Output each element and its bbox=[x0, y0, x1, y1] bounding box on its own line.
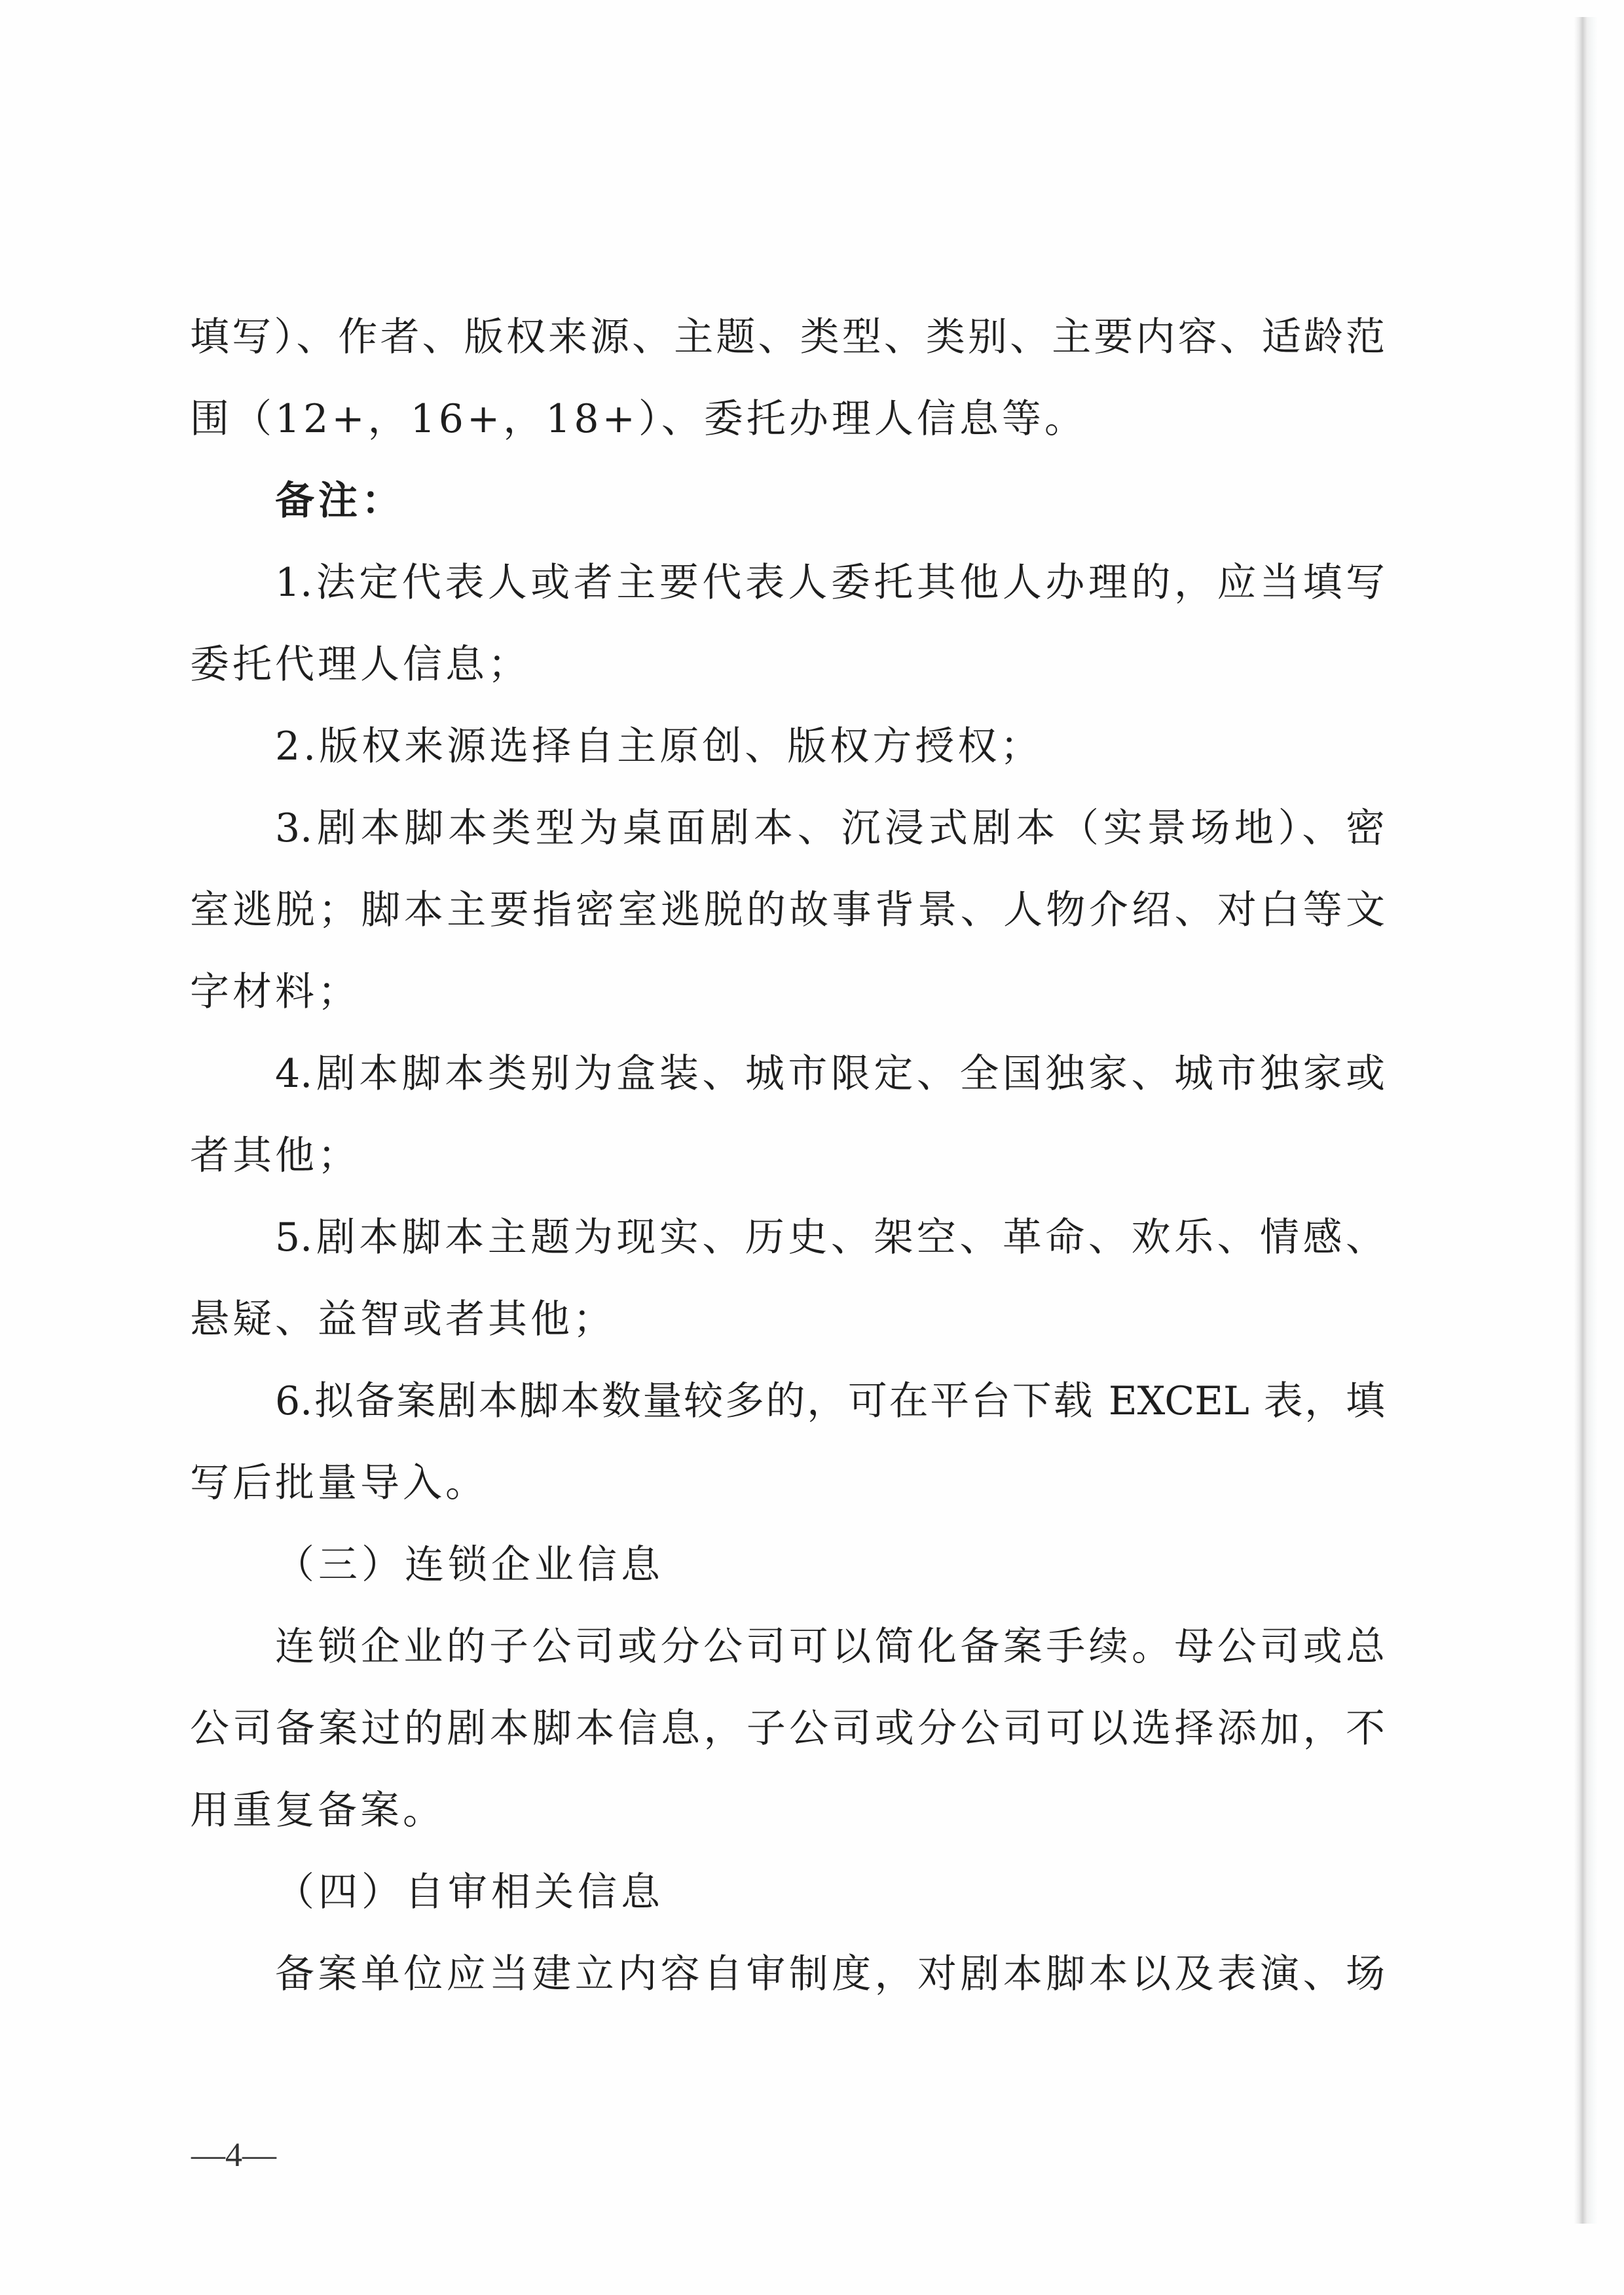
note-item-1: 1.法定代表人或者主要代表人委托其他人办理的，应当填写 bbox=[275, 557, 1385, 609]
paragraph-line: 备案单位应当建立内容自审制度，对剧本脚本以及表演、场 bbox=[275, 1948, 1385, 2000]
section-heading-self-review: （四）自审相关信息 bbox=[275, 1866, 664, 1919]
note-item-1-continued: 委托代理人信息； bbox=[190, 638, 530, 691]
paragraph-line: 连锁企业的子公司或分公司可以简化备案手续。母公司或总 bbox=[275, 1621, 1385, 1673]
note-item-2: 2.版权来源选择自主原创、版权方授权； bbox=[275, 720, 1043, 773]
paragraph-line: 围（12+，16+，18+）、委托办理人信息等。 bbox=[190, 393, 1087, 445]
note-item-5: 5.剧本脚本主题为现实、历史、架空、革命、欢乐、情感、 bbox=[275, 1211, 1385, 1264]
note-item-6: 6.拟备案剧本脚本数量较多的，可在平台下载 EXCEL 表，填 bbox=[275, 1375, 1385, 1427]
notes-heading: 备注： bbox=[275, 475, 405, 527]
note-item-6-continued: 写后批量导入。 bbox=[190, 1457, 488, 1509]
paragraph-line: 用重复备案。 bbox=[190, 1784, 445, 1837]
note-item-4: 4.剧本脚本类别为盒装、城市限定、全国独家、城市独家或 bbox=[275, 1048, 1385, 1100]
note-item-3-continued: 室逃脱；脚本主要指密室逃脱的故事背景、人物介绍、对白等文 bbox=[190, 884, 1385, 936]
page-number: —4— bbox=[191, 2136, 276, 2175]
document-page: 填写）、作者、版权来源、主题、类型、类别、主要内容、适龄范 围（12+，16+，… bbox=[0, 0, 1624, 2295]
paragraph-line: 填写）、作者、版权来源、主题、类型、类别、主要内容、适龄范 bbox=[190, 311, 1385, 363]
note-item-4-continued: 者其他； bbox=[190, 1129, 360, 1182]
note-item-3-continued: 字材料； bbox=[190, 966, 360, 1018]
section-heading-chain-enterprise: （三）连锁企业信息 bbox=[275, 1539, 664, 1591]
scan-edge-shadow bbox=[1574, 17, 1598, 2224]
note-item-5-continued: 悬疑、益智或者其他； bbox=[190, 1293, 616, 1346]
paragraph-line: 公司备案过的剧本脚本信息，子公司或分公司可以选择添加，不 bbox=[190, 1702, 1385, 1755]
note-item-3: 3.剧本脚本类型为桌面剧本、沉浸式剧本（实景场地）、密 bbox=[275, 802, 1385, 854]
